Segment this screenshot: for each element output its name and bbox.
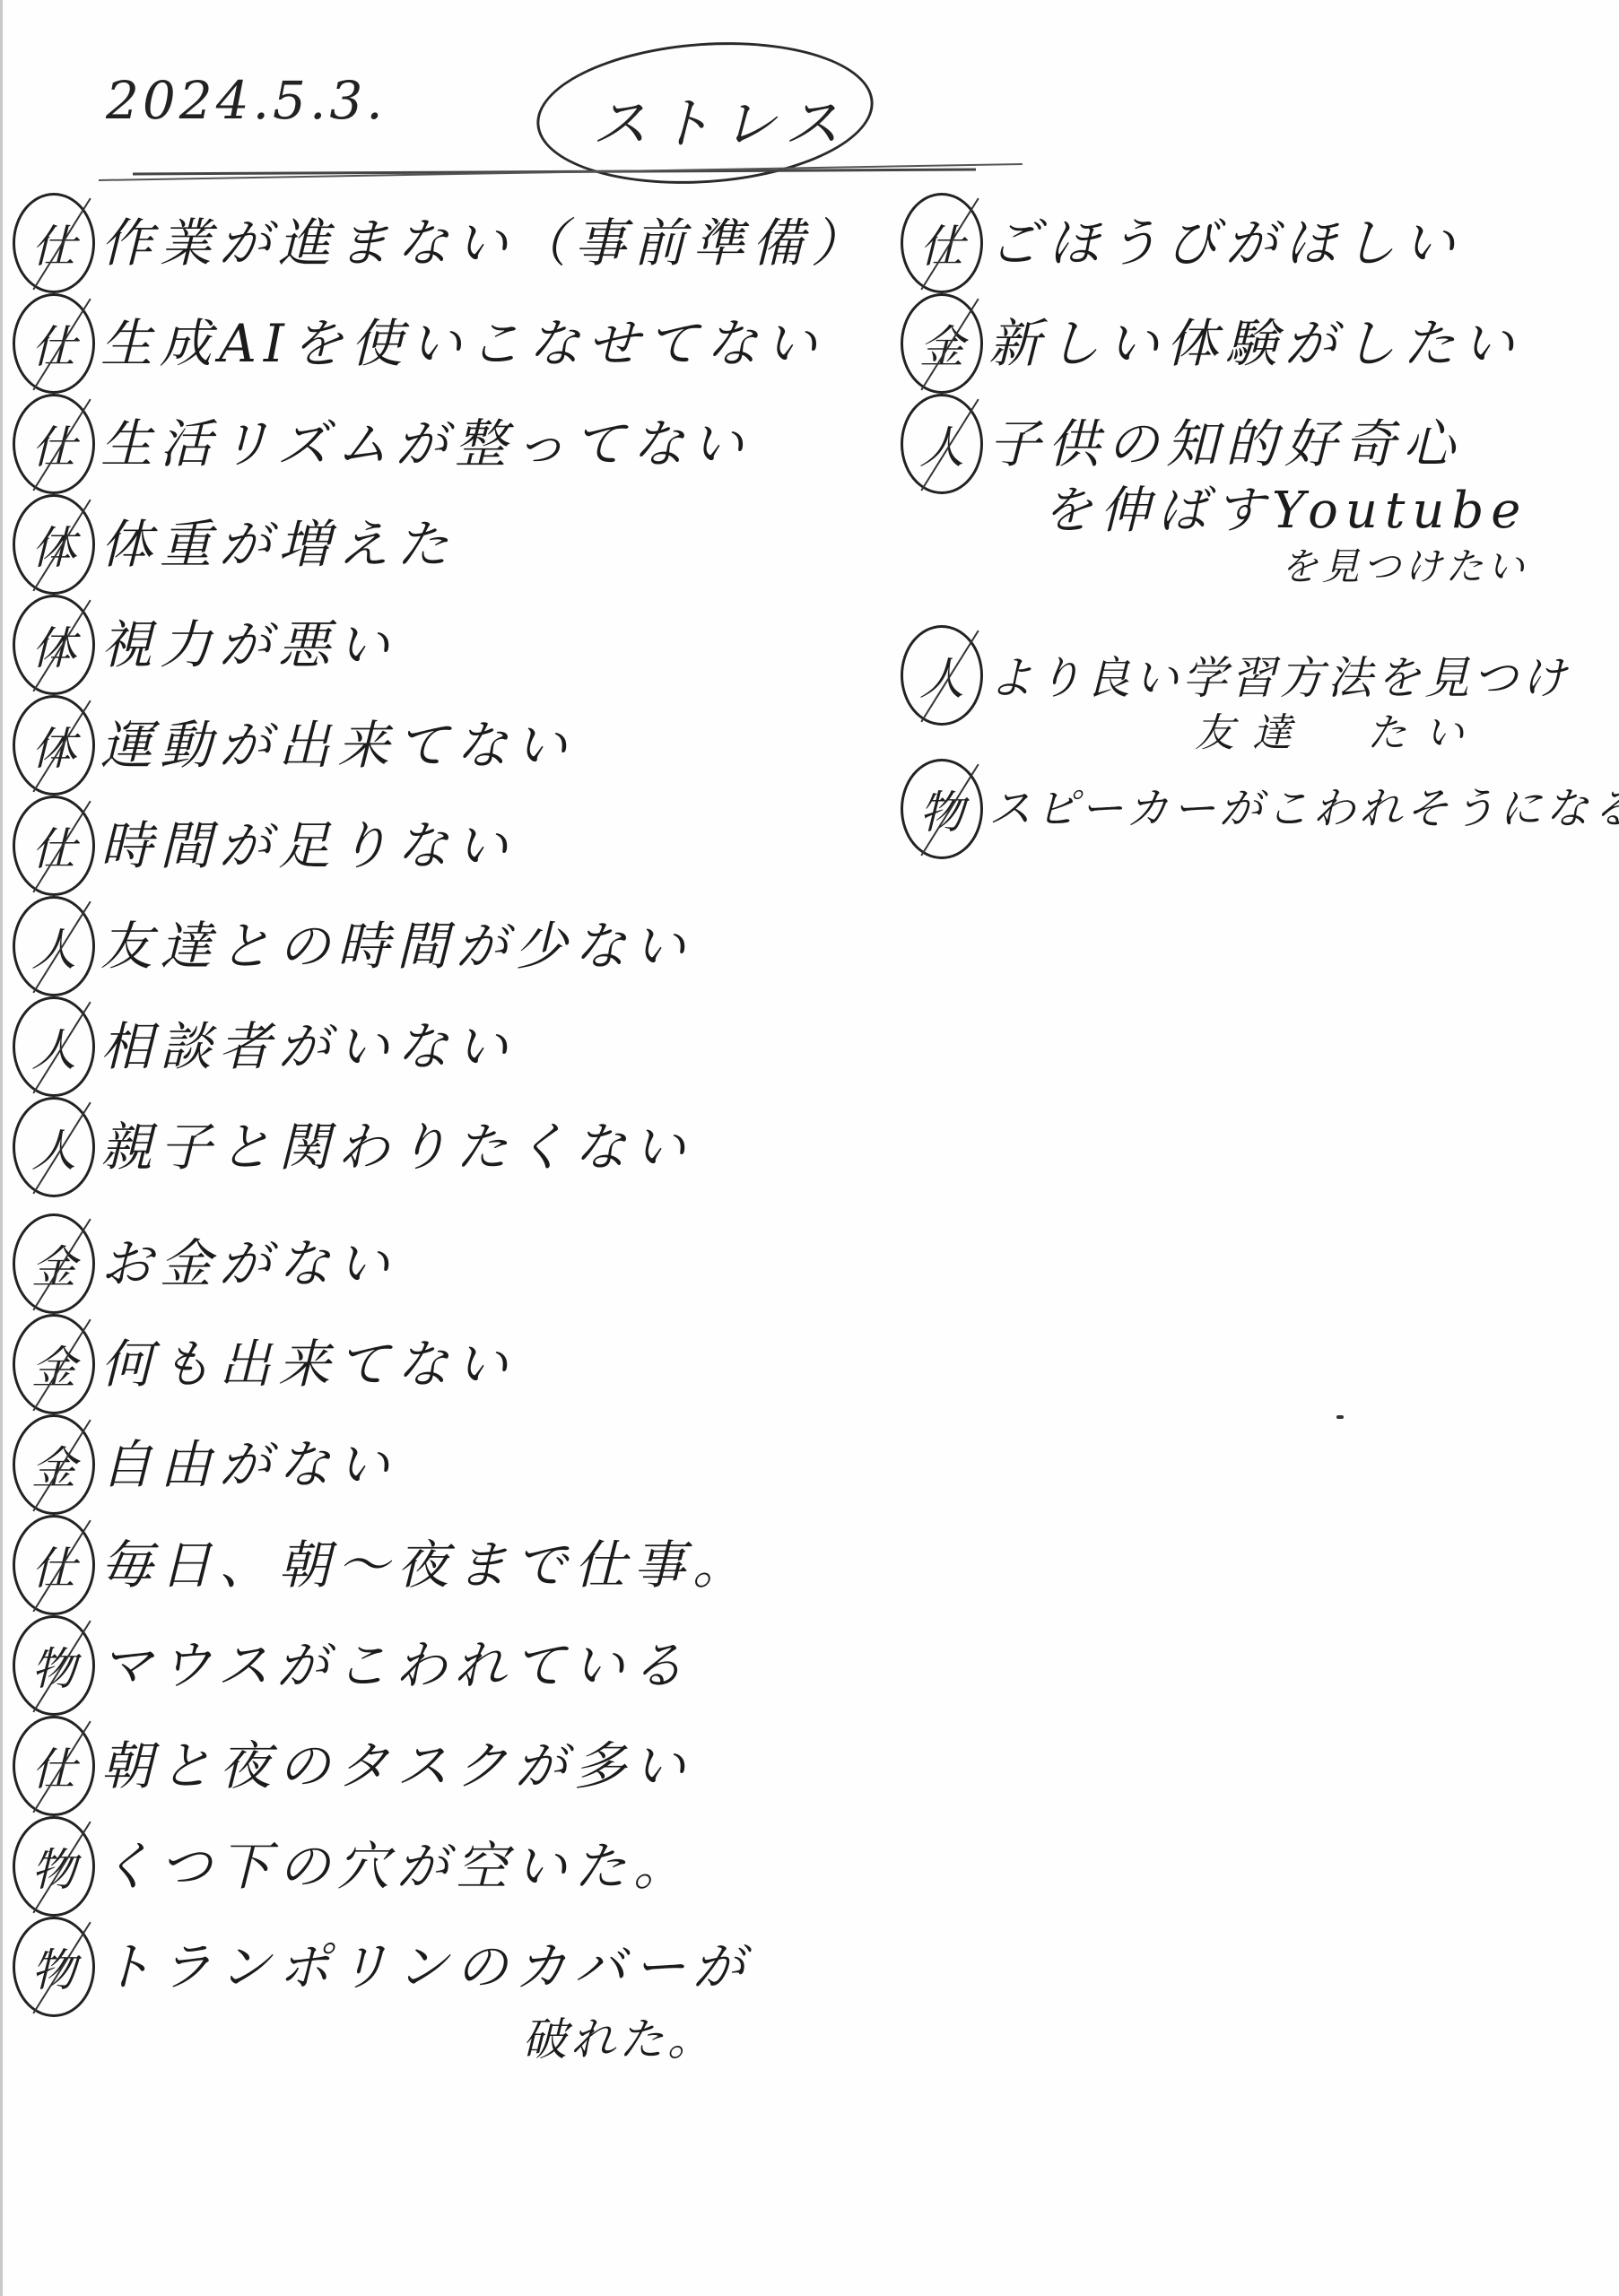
right-column: 仕 ごほうびがほしい 金 新しい体験がしたい 人 子供の知的好奇心 を伸ばすYo… <box>888 193 1619 859</box>
category-tag: 金 <box>13 1314 95 1414</box>
category-tag: 仕 <box>13 293 95 394</box>
item-text: 毎日、朝〜夜まで仕事。 <box>95 1515 752 1615</box>
list-item: 金 お金がない <box>0 1213 879 1314</box>
category-tag: 仕 <box>13 796 95 896</box>
category-tag: 金 <box>13 1414 95 1515</box>
spacer <box>0 1197 879 1213</box>
item-text: 友達との時間が少ない <box>95 896 692 996</box>
list-item: 人 より良い学習方法を見つけ 友達 たい <box>888 625 1619 759</box>
item-text: スピーカーがこわれそうになる。 <box>983 759 1619 859</box>
item-text: 視力が悪い <box>95 595 396 695</box>
list-item: 人 子供の知的好奇心 を伸ばすYoutube を見つけたい <box>888 394 1619 589</box>
list-item: 仕 作業が進まない（事前準備） <box>0 193 879 293</box>
item-text: 親子と関わりたくない <box>95 1097 692 1197</box>
list-item: 物 スピーカーがこわれそうになる。 <box>888 759 1619 859</box>
scanned-page: 2024.5.3. ストレス 仕 作業が進まない（事前準備） 仕 生成AIを使い… <box>0 0 1619 2296</box>
category-tag: 仕 <box>13 193 95 293</box>
category-tag: 金 <box>901 293 983 394</box>
item-text: 自由がない <box>95 1414 396 1515</box>
list-item: 人 友達との時間が少ない <box>0 896 879 996</box>
item-text: ごほうびがほしい <box>983 193 1462 293</box>
item-text: 作業が進まない（事前準備） <box>95 193 870 293</box>
list-item: 体 運動が出来てない <box>0 695 879 796</box>
category-tag: 仕 <box>13 1716 95 1816</box>
item-text: トランポリンのカバーが <box>100 1936 752 1997</box>
list-item: 金 自由がない <box>0 1414 879 1515</box>
item-text: 新しい体験がしたい <box>983 293 1521 394</box>
list-item: 物 トランポリンのカバーが 破れた。 <box>0 1917 879 2062</box>
list-item: 金 新しい体験がしたい <box>888 293 1619 394</box>
list-item: 仕 生活リズムが整ってない <box>0 394 879 494</box>
category-tag: 人 <box>901 625 983 726</box>
item-text-continuation: を伸ばすYoutube <box>988 478 1528 544</box>
list-item: 体 視力が悪い <box>0 595 879 695</box>
ink-mark <box>1336 1415 1344 1419</box>
category-tag: 体 <box>13 494 95 595</box>
list-item: 人 相談者がいない <box>0 996 879 1097</box>
category-tag: 体 <box>13 695 95 796</box>
list-item: 人 親子と関わりたくない <box>0 1097 879 1197</box>
list-item: 仕 ごほうびがほしい <box>888 193 1619 293</box>
item-text: 体重が増えた <box>95 494 456 595</box>
category-tag: 仕 <box>13 1515 95 1615</box>
item-text: くつ下の穴が空いた。 <box>95 1816 692 1917</box>
category-tag: 物 <box>901 759 983 859</box>
item-text: 相談者がいない <box>95 996 515 1097</box>
item-text: 運動が出来てない <box>95 695 574 796</box>
note-header: 2024.5.3. ストレス <box>90 36 987 152</box>
left-column: 仕 作業が進まない（事前準備） 仕 生成AIを使いこなせてない 仕 生活リズムが… <box>0 193 879 2062</box>
category-tag: 物 <box>13 1917 95 2017</box>
category-tag: 人 <box>13 896 95 996</box>
item-text-wrap: 子供の知的好奇心 を伸ばすYoutube を見つけたい <box>983 394 1528 589</box>
item-text-continuation: 破れた。 <box>100 2017 752 2062</box>
spacer <box>888 589 1619 625</box>
item-text-wrap: トランポリンのカバーが 破れた。 <box>95 1917 752 2062</box>
list-item: 物 くつ下の穴が空いた。 <box>0 1816 879 1917</box>
item-text: 子供の知的好奇心 <box>988 413 1462 474</box>
category-tag: 人 <box>13 996 95 1097</box>
note-title: ストレス <box>592 79 849 159</box>
item-text-continuation: 友達 たい <box>988 709 1570 759</box>
category-tag: 人 <box>901 394 983 494</box>
item-text-continuation-2: を見つけたい <box>988 544 1528 589</box>
category-tag: 物 <box>13 1615 95 1716</box>
item-text: 何も出来てない <box>95 1314 515 1414</box>
item-text: 生成AIを使いこなせてない <box>95 293 824 394</box>
list-item: 金 何も出来てない <box>0 1314 879 1414</box>
item-text: 時間が足りない <box>95 796 515 896</box>
item-text: より良い学習方法を見つけ <box>988 652 1570 704</box>
item-text: お金がない <box>95 1213 396 1314</box>
list-item: 体 体重が増えた <box>0 494 879 595</box>
list-item: 仕 朝と夜のタスクが多い <box>0 1716 879 1816</box>
item-text: 生活リズムが整ってない <box>95 394 751 494</box>
list-item: 仕 時間が足りない <box>0 796 879 896</box>
list-item: 仕 生成AIを使いこなせてない <box>0 293 879 394</box>
item-text: マウスがこわれている <box>95 1615 691 1716</box>
category-tag: 金 <box>13 1213 95 1314</box>
category-tag: 体 <box>13 595 95 695</box>
category-tag: 人 <box>13 1097 95 1197</box>
note-date: 2024.5.3. <box>106 70 387 131</box>
list-item: 物 マウスがこわれている <box>0 1615 879 1716</box>
list-item: 仕 毎日、朝〜夜まで仕事。 <box>0 1515 879 1615</box>
category-tag: 仕 <box>13 394 95 494</box>
category-tag: 物 <box>13 1816 95 1917</box>
category-tag: 仕 <box>901 193 983 293</box>
item-text: 朝と夜のタスクが多い <box>95 1716 692 1816</box>
item-text-wrap: より良い学習方法を見つけ 友達 たい <box>983 625 1570 759</box>
